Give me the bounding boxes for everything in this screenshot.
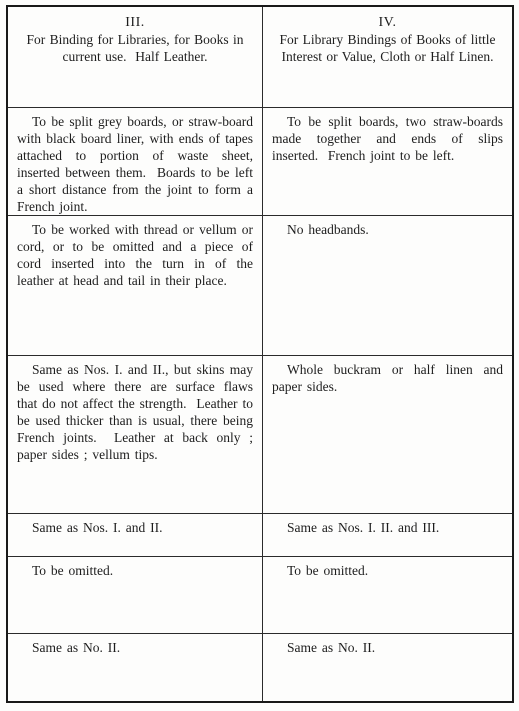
column-iv-header: IV. For Library Bindings of Books of lit… xyxy=(263,7,512,108)
cell-iv-same-as: Same as Nos. I. II. and III. xyxy=(263,514,512,557)
cell-text: To be omitted. xyxy=(272,562,503,579)
cell-iii-same-as: Same as Nos. I. and II. xyxy=(8,514,262,557)
cell-text: Same as Nos. I. and II. xyxy=(17,519,253,536)
cell-text: Same as Nos. I. II. and III. xyxy=(272,519,503,536)
column-iii-title: For Binding for Libraries, for Books in … xyxy=(17,32,253,65)
column-iv-title: For Library Bindings of Books of little … xyxy=(272,32,503,65)
column-iv-numeral: IV. xyxy=(272,15,503,31)
cell-text: Same as No. II. xyxy=(17,639,253,656)
cell-iv-last: Same as No. II. xyxy=(263,634,512,701)
column-iii-header: III. For Binding for Libraries, for Book… xyxy=(8,7,262,108)
binding-specs-table: III. For Binding for Libraries, for Book… xyxy=(6,5,514,703)
cell-text: To be split grey boards, or straw-board … xyxy=(17,113,253,215)
cell-iv-omitted: To be omitted. xyxy=(263,557,512,634)
scanned-book-page: III. For Binding for Libraries, for Book… xyxy=(0,0,519,711)
cell-iii-boards: To be split grey boards, or straw-board … xyxy=(8,108,262,216)
cell-text: No headbands. xyxy=(272,221,503,238)
cell-text: Same as No. II. xyxy=(272,639,503,656)
cell-text: To be split boards, two straw-boards mad… xyxy=(272,113,503,164)
cell-iv-headbands: No headbands. xyxy=(263,216,512,356)
cell-text: To be omitted. xyxy=(17,562,253,579)
column-iii: III. For Binding for Libraries, for Book… xyxy=(8,7,263,701)
column-iii-numeral: III. xyxy=(17,15,253,31)
cell-iii-omitted: To be omitted. xyxy=(8,557,262,634)
column-iv: IV. For Library Bindings of Books of lit… xyxy=(263,7,512,701)
cell-text: To be worked with thread or vellum or co… xyxy=(17,221,253,289)
cell-iii-covering: Same as Nos. I. and II., but skins may b… xyxy=(8,356,262,514)
cell-iii-last: Same as No. II. xyxy=(8,634,262,701)
cell-iv-boards: To be split boards, two straw-boards mad… xyxy=(263,108,512,216)
cell-iv-covering: Whole buckram or half linen and paper si… xyxy=(263,356,512,514)
cell-text: Same as Nos. I. and II., but skins may b… xyxy=(17,361,253,463)
cell-text: Whole buckram or half linen and paper si… xyxy=(272,361,503,395)
cell-iii-headbands: To be worked with thread or vellum or co… xyxy=(8,216,262,356)
